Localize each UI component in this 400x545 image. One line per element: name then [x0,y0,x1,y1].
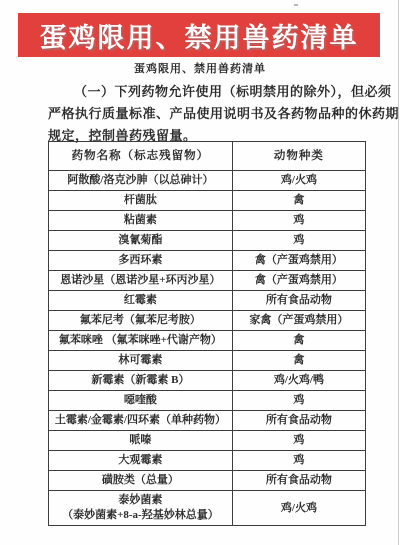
table-row: 杆菌肽禽 [49,191,366,211]
animal-type-cell: 家禽（产蛋鸡禁用） [232,311,365,331]
table-row: 红霉素所有食品动物 [49,291,366,311]
drug-name-cell: 氟苯咪唑 （氟苯咪唑+代谢产物） [49,331,233,351]
document-title: 蛋鸡限用、禁用兽药清单 [0,60,400,76]
drug-name-cell: 磺胺类（总量） [49,471,233,491]
table-row: 氟苯咪唑 （氟苯咪唑+代谢产物）禽 [49,331,366,351]
animal-type-cell: 禽 [232,351,365,371]
drug-name-cell: 林可霉素 [49,351,233,371]
header-drug-name: 药物名称（标志残留物） [49,142,233,171]
paragraph-line: 严格执行质量标准、产品使用说明书及各药物品种的休药期 [48,103,368,125]
animal-type-cell: 所有食品动物 [232,411,365,431]
drug-name-cell: 多西环素 [49,251,233,271]
drug-table-body: 阿散酸/洛克沙胂（以总砷计）鸡/火鸡杆菌肽禽粘菌素鸡溴氰菊酯鸡多西环素禽（产蛋鸡… [49,171,366,526]
animal-type-cell: 鸡 [232,451,365,471]
table-row: 新霉素（新霉素 B）鸡/火鸡/鸭 [49,371,366,391]
table-header-row: 药物名称（标志残留物） 动物种类 [49,142,366,171]
scan-speck [294,4,298,6]
table-row: 溴氰菊酯鸡 [49,231,366,251]
drug-name-cell: 土霉素/金霉素/四环素（单种药物） [49,411,233,431]
drug-name-cell: 杆菌肽 [49,191,233,211]
drug-name-cell: 氟苯尼考（氟苯尼考胺） [49,311,233,331]
animal-type-cell: 鸡 [232,431,365,451]
drug-name-cell: 粘菌素 [49,211,233,231]
red-title-banner: 蛋鸡限用、禁用兽药清单 [18,13,380,57]
animal-type-cell: 鸡 [232,211,365,231]
animal-type-cell: 所有食品动物 [232,471,365,491]
scanned-document-page: 蛋鸡限用、禁用兽药清单 蛋鸡限用、禁用兽药清单 （一）下列药物允许使用（标明禁用… [0,0,400,545]
table-row: 恩诺沙星（恩诺沙星+环丙沙星）禽（产蛋鸡禁用） [49,271,366,291]
drug-name-cell: 大观霉素 [49,451,233,471]
drug-restriction-table: 药物名称（标志残留物） 动物种类 阿散酸/洛克沙胂（以总砷计）鸡/火鸡杆菌肽禽粘… [48,141,366,526]
intro-paragraph: （一）下列药物允许使用（标明禁用的除外），但必须 严格执行质量标准、产品使用说明… [48,81,368,147]
table-row: 阿散酸/洛克沙胂（以总砷计）鸡/火鸡 [49,171,366,191]
scan-edge-line [398,0,399,545]
animal-type-cell: 所有食品动物 [232,291,365,311]
table-row: 哌嗪鸡 [49,431,366,451]
animal-type-cell: 禽 [232,331,365,351]
drug-name-cell: 新霉素（新霉素 B） [49,371,233,391]
drug-name-cell: 溴氰菊酯 [49,231,233,251]
drug-name-cell: 哌嗪 [49,431,233,451]
drug-name-cell: 恩诺沙星（恩诺沙星+环丙沙星） [49,271,233,291]
paragraph-line: （一）下列药物允许使用（标明禁用的除外），但必须 [48,81,368,103]
table-row: 土霉素/金霉素/四环素（单种药物）所有食品动物 [49,411,366,431]
drug-name-cell: 阿散酸/洛克沙胂（以总砷计） [49,171,233,191]
header-animal-type: 动物种类 [232,142,365,171]
table-row: 氟苯尼考（氟苯尼考胺）家禽（产蛋鸡禁用） [49,311,366,331]
drug-name-cell: 红霉素 [49,291,233,311]
table-row: 多西环素禽（产蛋鸡禁用） [49,251,366,271]
table-row: 林可霉素禽 [49,351,366,371]
drug-name-cell: 噁喹酸 [49,391,233,411]
table-row: 大观霉素鸡 [49,451,366,471]
animal-type-cell: 禽 [232,191,365,211]
animal-type-cell: 鸡 [232,231,365,251]
animal-type-cell: 禽（产蛋鸡禁用） [232,271,365,291]
table-row: 噁喹酸鸡 [49,391,366,411]
table-row: 粘菌素鸡 [49,211,366,231]
animal-type-cell: 鸡/火鸡 [232,171,365,191]
page-number: 1 [0,512,400,522]
animal-type-cell: 禽（产蛋鸡禁用） [232,251,365,271]
table-row: 磺胺类（总量）所有食品动物 [49,471,366,491]
animal-type-cell: 鸡 [232,391,365,411]
animal-type-cell: 鸡/火鸡/鸭 [232,371,365,391]
